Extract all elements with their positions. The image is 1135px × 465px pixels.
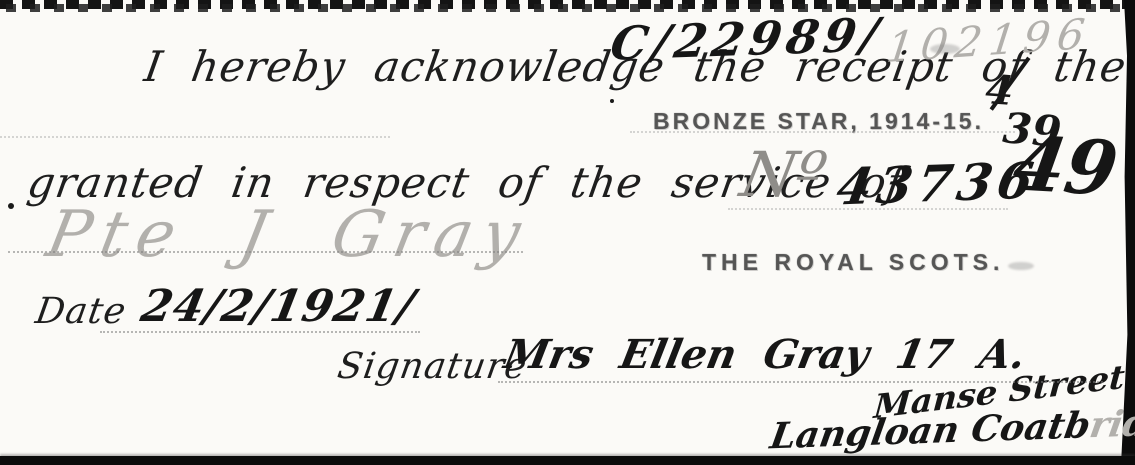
perforated-top-edge-row2 — [0, 4, 1135, 12]
document-scan: I hereby acknowledge the receipt of the … — [0, 0, 1135, 465]
address-town-pencil-part: ridge — [1087, 401, 1135, 447]
date-value: 24/2/1921/ — [137, 281, 419, 332]
pencil-soldier-name: Pte J Gray — [41, 198, 536, 272]
service-number: 43736 — [833, 151, 1043, 217]
service-no-fill-line — [728, 208, 1008, 210]
royal-scots-stamp: THE ROYAL SCOTS. — [702, 249, 1004, 276]
ruled-line-left — [0, 136, 390, 138]
stamp-smudge — [1008, 262, 1034, 270]
medal-fill-line — [630, 131, 1015, 133]
signature-value: Mrs Ellen Gray 17 A. — [500, 331, 1029, 378]
date-label: Date — [33, 291, 130, 332]
scan-bottom-edge — [0, 456, 1135, 465]
address-town-ink-part: Langloan Coatb — [767, 404, 1093, 457]
service-number-prefix: Nº — [735, 138, 833, 211]
address-town: Langloan Coatbridge — [767, 401, 1135, 458]
name-fill-line — [8, 251, 523, 253]
signature-fill-line — [498, 381, 1103, 383]
reference-number-ink: C/22989/ — [607, 7, 888, 70]
date-fill-line — [100, 331, 420, 333]
ink-speck — [610, 99, 614, 103]
ink-speck — [8, 203, 14, 209]
paper-smudge — [930, 44, 960, 54]
